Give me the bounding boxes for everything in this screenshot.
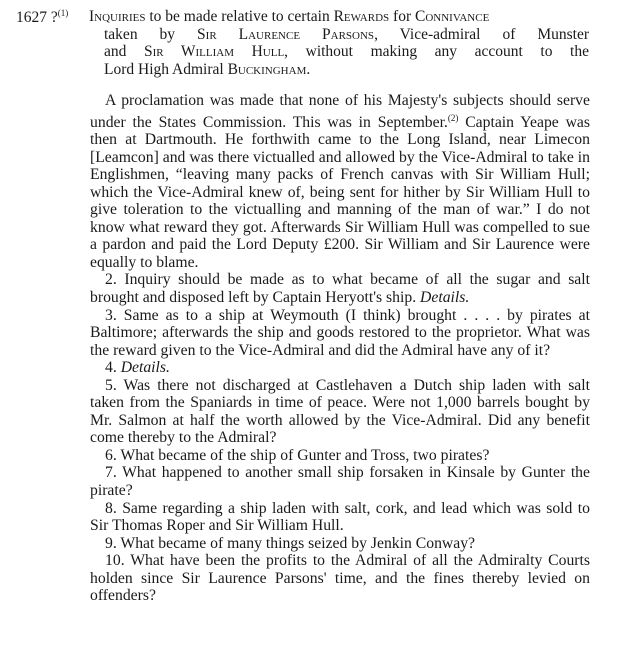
paragraph-8: 8. Same regarding a ship laden with salt… — [90, 500, 590, 535]
paragraph-10: 10. What have been the profits to the Ad… — [90, 552, 590, 605]
date-text: 1627 ? — [16, 9, 58, 26]
paragraph-4: 4. Details. — [90, 359, 590, 377]
footnote-ref-1: (1) — [58, 8, 69, 18]
heading-line-2-rest: , Vice-admiral of Munster — [374, 26, 589, 43]
footnote-ref-2: (2) — [448, 113, 459, 123]
paragraph-9: 9. What became of many things seized by … — [90, 535, 590, 553]
entry-body: A proclamation was made that none of his… — [90, 92, 590, 605]
entry-date: 1627 ?(1) — [16, 8, 68, 27]
paragraph-2: 2. Inquiry should be made as to what bec… — [90, 271, 590, 306]
entry-heading: Inquiries to be made relative to certain… — [89, 8, 589, 78]
heading-line-2: taken by Sir Laurence Parsons, Vice-admi… — [89, 26, 589, 44]
paragraph-7: 7. What happened to another small ship f… — [90, 464, 590, 499]
paragraph-6: 6. What became of the ship of Gunter and… — [90, 447, 590, 465]
heading-line-4: Lord High Admiral Buckingham. — [89, 61, 310, 79]
heading-line-3: and Sir William Hull, without making any… — [89, 43, 589, 61]
paragraph-1: A proclamation was made that none of his… — [90, 92, 590, 271]
paragraph-5: 5. Was there not discharged at Castlehav… — [90, 377, 590, 447]
heading-smallcaps: Inquiries — [89, 8, 146, 25]
paragraph-3: 3. Same as to a ship at Weymouth (I thin… — [90, 307, 590, 360]
